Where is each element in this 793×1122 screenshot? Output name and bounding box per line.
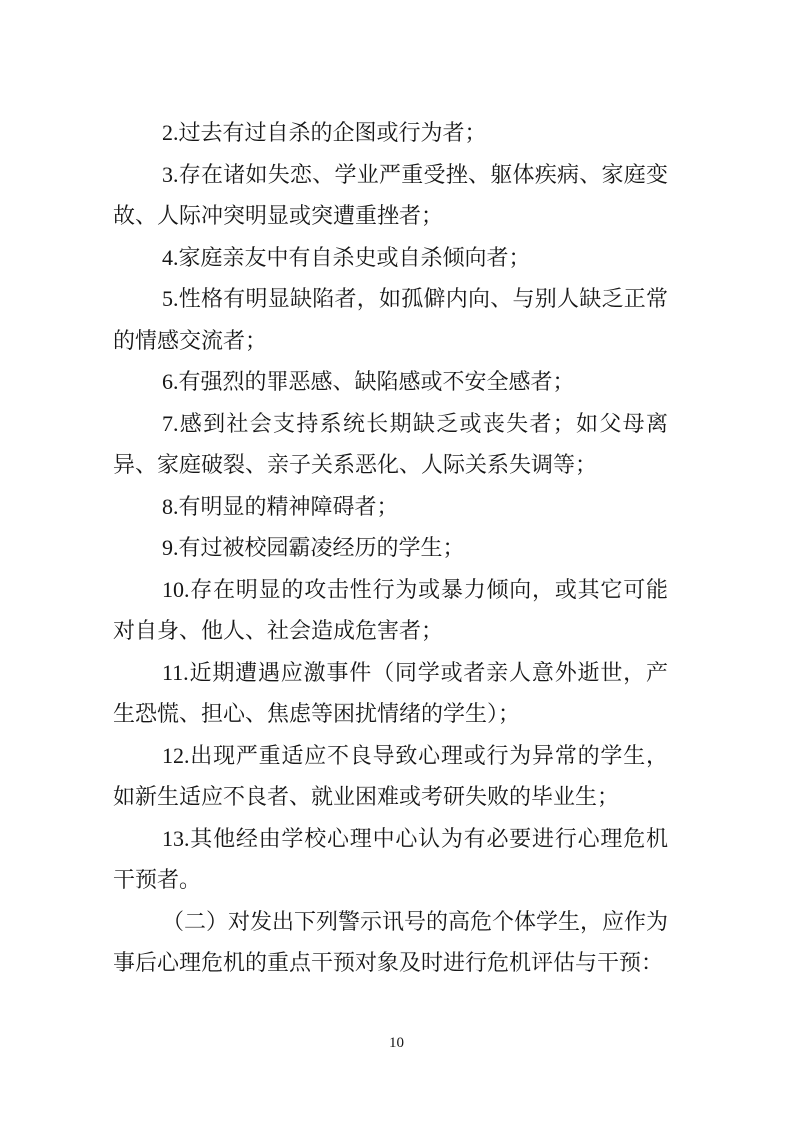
paragraph-item-13: 13.其他经由学校心理中心认为有必要进行心理危机干预者。 xyxy=(113,818,668,901)
paragraph-item-7: 7.感到社会支持系统长期缺乏或丧失者；如父母离异、家庭破裂、亲子关系恶化、人际关… xyxy=(113,403,668,486)
paragraph-item-10: 10.存在明显的攻击性行为或暴力倾向，或其它可能对自身、他人、社会造成危害者； xyxy=(113,569,668,652)
paragraph-item-9: 9.有过被校园霸凌经历的学生； xyxy=(113,527,668,569)
paragraph-item-4: 4.家庭亲友中有自杀史或自杀倾向者； xyxy=(113,237,668,279)
paragraph-item-6: 6.有强烈的罪恶感、缺陷感或不安全感者； xyxy=(113,361,668,403)
paragraph-item-2: 2.过去有过自杀的企图或行为者； xyxy=(113,112,668,154)
paragraph-item-8: 8.有明显的精神障碍者； xyxy=(113,486,668,528)
document-page: 2.过去有过自杀的企图或行为者； 3.存在诸如失恋、学业严重受挫、躯体疾病、家庭… xyxy=(0,0,793,1122)
page-number: 10 xyxy=(0,1034,793,1052)
paragraph-item-11: 11.近期遭遇应激事件（同学或者亲人意外逝世，产生恐慌、担心、焦虑等困扰情绪的学… xyxy=(113,652,668,735)
document-body: 2.过去有过自杀的企图或行为者； 3.存在诸如失恋、学业严重受挫、躯体疾病、家庭… xyxy=(0,0,793,984)
paragraph-item-5: 5.性格有明显缺陷者，如孤僻内向、与别人缺乏正常的情感交流者； xyxy=(113,278,668,361)
paragraph-section-2: （二）对发出下列警示讯号的高危个体学生，应作为事后心理危机的重点干预对象及时进行… xyxy=(113,901,668,984)
paragraph-item-12: 12.出现严重适应不良导致心理或行为异常的学生，如新生适应不良者、就业困难或考研… xyxy=(113,735,668,818)
paragraph-item-3: 3.存在诸如失恋、学业严重受挫、躯体疾病、家庭变故、人际冲突明显或突遭重挫者； xyxy=(113,154,668,237)
